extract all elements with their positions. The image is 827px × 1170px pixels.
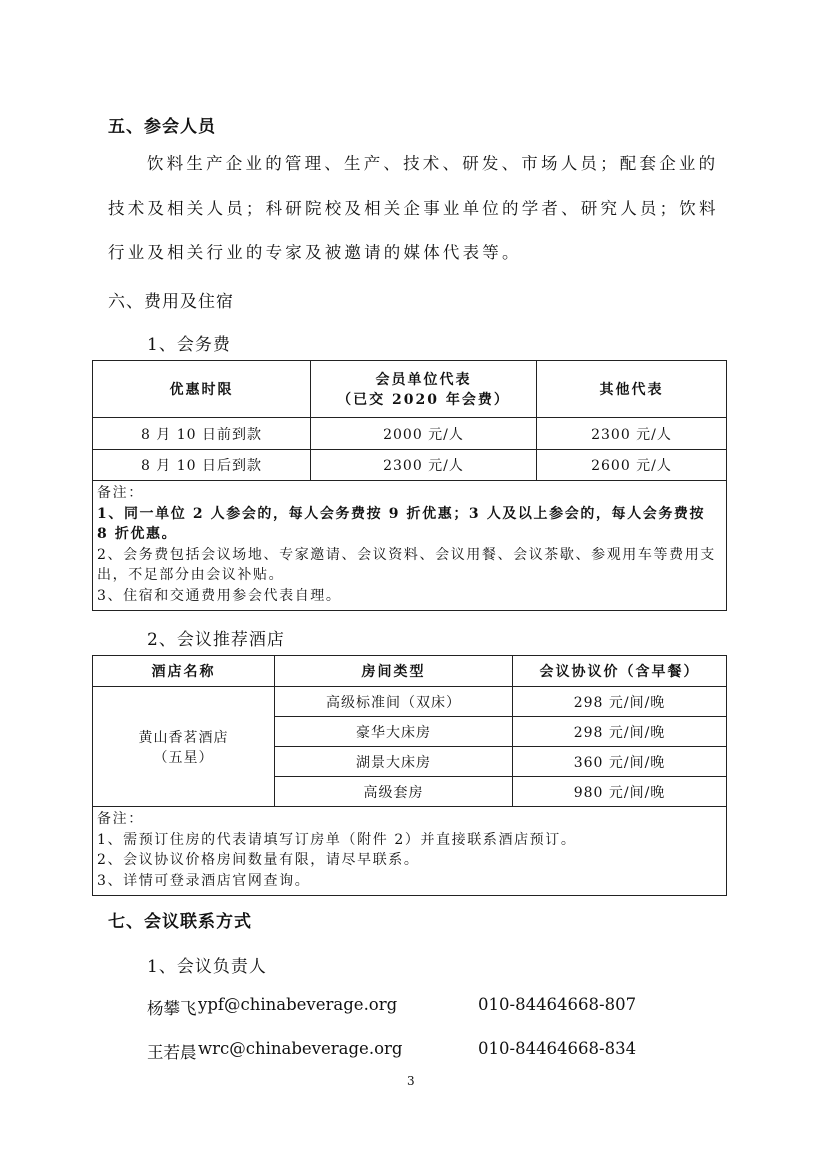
- section-heading-fees-accommodation: 六、费用及住宿: [108, 287, 234, 312]
- cell-period: 8 月 10 日前到款: [93, 418, 311, 450]
- hotel-note-3: 3、详情可登录酒店官网查询。: [97, 871, 722, 892]
- header-member-line-1: 会员单位代表: [311, 369, 536, 389]
- page-number: 3: [407, 1074, 415, 1088]
- cell-other-fee: 2600 元/人: [537, 450, 727, 481]
- fee-note-3: 3、住宿和交通费用参会代表自理。: [97, 586, 722, 607]
- header-discount-period: 优惠时限: [93, 361, 311, 418]
- section-heading-contacts: 七、会议联系方式: [108, 907, 252, 932]
- attendees-paragraph-line-3: 行业及相关行业的专家及被邀请的媒体代表等。: [108, 245, 522, 262]
- contact-phone: 010-84464668-834: [478, 1039, 636, 1058]
- table-row: 黄山香茗酒店 （五星） 高级标准间（双床） 298 元/间/晚: [93, 687, 727, 717]
- fee-notes-row: 备注： 1、同一单位 2 人参会的，每人会务费按 9 折优惠；3 人及以上参会的…: [93, 481, 727, 611]
- cell-room-type: 豪华大床房: [275, 717, 513, 747]
- hotel-note-1: 1、需预订住房的代表请填写订房单（附件 2）并直接联系酒店预订。: [97, 830, 722, 851]
- contact-name: 杨攀飞: [147, 995, 197, 1019]
- header-other-representative: 其他代表: [537, 361, 727, 418]
- cell-room-price: 298 元/间/晚: [513, 687, 727, 717]
- table-row: 8 月 10 日后到款 2300 元/人 2600 元/人: [93, 450, 727, 481]
- header-hotel-name: 酒店名称: [93, 656, 275, 687]
- cell-room-price: 298 元/间/晚: [513, 717, 727, 747]
- cell-other-fee: 2300 元/人: [537, 418, 727, 450]
- cell-room-type: 高级标准间（双床）: [275, 687, 513, 717]
- hotel-note-2: 2、会议协议价格房间数量有限，请尽早联系。: [97, 850, 722, 871]
- contact-phone: 010-84464668-807: [478, 995, 636, 1014]
- hotel-table: 酒店名称 房间类型 会议协议价（含早餐） 黄山香茗酒店 （五星） 高级标准间（双…: [92, 655, 727, 896]
- cell-member-fee: 2300 元/人: [311, 450, 537, 481]
- cell-room-price: 980 元/间/晚: [513, 777, 727, 807]
- header-agreed-price: 会议协议价（含早餐）: [513, 656, 727, 687]
- attendees-paragraph-line-1: 饮料生产企业的管理、生产、技术、研发、市场人员；配套企业的: [147, 156, 718, 173]
- section-heading-attendees: 五、参会人员: [108, 112, 216, 137]
- fee-note-2: 2、会务费包括会议场地、专家邀请、会议资料、会议用餐、会议茶歇、参观用车等费用支…: [97, 545, 722, 586]
- fee-note-1: 1、同一单位 2 人参会的，每人会务费按 9 折优惠；3 人及以上参会的，每人会…: [97, 504, 722, 545]
- subheading-conference-fee: 1、会务费: [147, 330, 231, 355]
- contact-email[interactable]: ypf@chinabeverage.org: [198, 995, 397, 1014]
- hotel-rating: （五星）: [93, 747, 274, 767]
- subheading-recommended-hotel: 2、会议推荐酒店: [147, 625, 285, 650]
- hotel-notes-label: 备注：: [97, 809, 722, 830]
- fee-table-header-row: 优惠时限 会员单位代表 （已交 2020 年会费） 其他代表: [93, 361, 727, 418]
- cell-room-type: 湖景大床房: [275, 747, 513, 777]
- table-row: 8 月 10 日前到款 2000 元/人 2300 元/人: [93, 418, 727, 450]
- header-member-representative: 会员单位代表 （已交 2020 年会费）: [311, 361, 537, 418]
- hotel-table-header-row: 酒店名称 房间类型 会议协议价（含早餐）: [93, 656, 727, 687]
- header-room-type: 房间类型: [275, 656, 513, 687]
- fee-notes-cell: 备注： 1、同一单位 2 人参会的，每人会务费按 9 折优惠；3 人及以上参会的…: [93, 481, 727, 611]
- cell-member-fee: 2000 元/人: [311, 418, 537, 450]
- cell-room-type: 高级套房: [275, 777, 513, 807]
- subheading-conference-lead: 1、会议负责人: [147, 952, 267, 977]
- fee-notes-label: 备注：: [97, 483, 722, 504]
- hotel-notes-cell: 备注： 1、需预订住房的代表请填写订房单（附件 2）并直接联系酒店预订。 2、会…: [93, 807, 727, 896]
- contact-email[interactable]: wrc@chinabeverage.org: [198, 1039, 402, 1058]
- contact-name: 王若晨: [147, 1039, 197, 1063]
- attendees-paragraph-line-2: 技术及相关人员；科研院校及相关企事业单位的学者、研究人员；饮料: [108, 201, 719, 218]
- conference-fee-table: 优惠时限 会员单位代表 （已交 2020 年会费） 其他代表 8 月 10 日前…: [92, 360, 727, 611]
- hotel-name: 黄山香茗酒店: [93, 727, 274, 747]
- cell-hotel-name: 黄山香茗酒店 （五星）: [93, 687, 275, 807]
- hotel-notes-row: 备注： 1、需预订住房的代表请填写订房单（附件 2）并直接联系酒店预订。 2、会…: [93, 807, 727, 896]
- header-member-line-2: （已交 2020 年会费）: [311, 389, 536, 409]
- cell-period: 8 月 10 日后到款: [93, 450, 311, 481]
- cell-room-price: 360 元/间/晚: [513, 747, 727, 777]
